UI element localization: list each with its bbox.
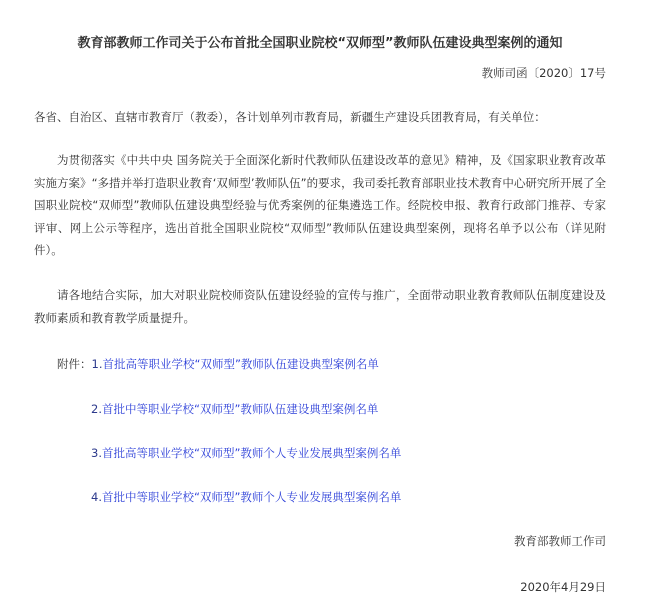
document-title: 教育部教师工作司关于公布首批全国职业院校“双师型”教师队伍建设典型案例的通知 <box>34 32 606 51</box>
attachment-number: 2. <box>91 402 102 416</box>
attachment-number: 4. <box>91 490 102 504</box>
attachments-label: 附件： <box>57 357 92 371</box>
attachment-link-1[interactable]: 首批高等职业学校“双师型”教师队伍建设典型案例名单 <box>102 357 378 371</box>
attachment-link-2[interactable]: 首批中等职业学校“双师型”教师队伍建设典型案例名单 <box>102 402 378 416</box>
greeting-addressees: 各省、自治区、直辖市教育厅（教委），各计划单列市教育局，新疆生产建设兵团教育局，… <box>34 109 546 125</box>
attachment-number: 3. <box>91 446 102 460</box>
body-paragraph-2: 请各地结合实际，加大对职业院校师资队伍建设经验的宣传与推广，全面带动职业教育教师… <box>34 284 606 329</box>
attachment-link-4[interactable]: 首批中等职业学校“双师型”教师个人专业发展典型案例名单 <box>102 490 401 504</box>
attachment-item-4: 4.首批中等职业学校“双师型”教师个人专业发展典型案例名单 <box>91 489 401 505</box>
signature-issuer: 教育部教师工作司 <box>514 533 606 549</box>
body-paragraph-1: 为贯彻落实《中共中央 国务院关于全面深化新时代教师队伍建设改革的意见》精神，及《… <box>34 149 606 262</box>
document-number: 教师司函〔2020〕17号 <box>482 65 606 81</box>
attachment-link-3[interactable]: 首批高等职业学校“双师型”教师个人专业发展典型案例名单 <box>102 446 401 460</box>
signature-date: 2020年4月29日 <box>520 579 606 595</box>
attachment-item-1: 附件：1.首批高等职业学校“双师型”教师队伍建设典型案例名单 <box>57 356 379 372</box>
attachment-item-2: 2.首批中等职业学校“双师型”教师队伍建设典型案例名单 <box>91 401 378 417</box>
attachment-item-3: 3.首批高等职业学校“双师型”教师个人专业发展典型案例名单 <box>91 445 401 461</box>
attachment-number: 1. <box>92 357 103 371</box>
